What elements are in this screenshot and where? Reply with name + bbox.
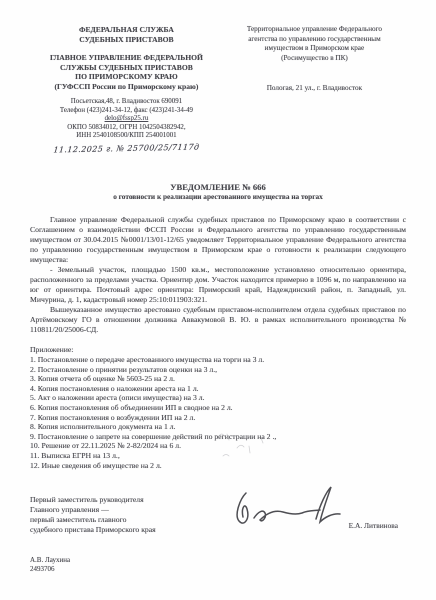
recipient-name-line: имуществом в Приморском крае	[223, 44, 406, 54]
body-text: Главное управление Федеральной службы су…	[30, 215, 406, 335]
sender-email-line: delo@fssp25.ru	[30, 115, 223, 124]
signatory-position-line: судебного пристава Приморского края	[30, 525, 210, 535]
attachment-item: 5. Акт о наложении ареста (описи имущест…	[30, 393, 406, 403]
sender-inn-kpp: ИНН 2540108500/КПП 254001001	[30, 132, 223, 141]
body-paragraph: Вышеуказанное имущество арестовано судеб…	[30, 305, 406, 335]
recipient-address: Пологая, 21 ул., г. Владивосток	[223, 84, 406, 92]
executor-block: А.В. Лаухина 2493706	[30, 556, 70, 574]
signature-block: Первый заместитель руководителя Главного…	[30, 495, 406, 553]
signature-scribble	[230, 483, 352, 546]
signatory-position: Первый заместитель руководителя Главного…	[30, 495, 210, 535]
scanned-notification-document: ФЕДЕРАЛЬНАЯ СЛУЖБА СУДЕБНЫХ ПРИСТАВОВ ГЛ…	[0, 0, 436, 600]
attachment-item: 7. Копия постановления о возбуждении ИП …	[30, 413, 406, 423]
attachment-item: 6. Копия постановления об объединении ИП…	[30, 403, 406, 413]
title-block: УВЕДОМЛЕНИЕ № 666 о готовности к реализа…	[30, 182, 406, 202]
attachment-item: 1. Постановление о передаче арестованног…	[30, 355, 406, 365]
body-paragraph: - Земельный участок, площадью 1500 кв.м.…	[30, 265, 406, 305]
sender-address: Посьетская,48, г. Владивосток 690091	[30, 98, 223, 107]
sender-contacts-block: Посьетская,48, г. Владивосток 690091 Тел…	[30, 98, 223, 141]
executor-name: А.В. Лаухина	[30, 556, 70, 565]
sender-phone: Телефон (423)241-34-12, факс (423)241-34…	[30, 107, 223, 116]
signatory-position-line: Главного управления —	[30, 505, 210, 515]
sender-office-block: ГЛАВНОЕ УПРАВЛЕНИЕ ФЕДЕРАЛЬНОЙ СЛУЖБЫ СУ…	[30, 53, 223, 91]
notification-subtitle: о готовности к реализации арестованного …	[30, 192, 406, 202]
sender-agency-line: ФЕДЕРАЛЬНАЯ СЛУЖБА	[30, 25, 223, 35]
sender-office-line: ГЛАВНОЕ УПРАВЛЕНИЕ ФЕДЕРАЛЬНОЙ	[30, 53, 223, 63]
handwritten-date-number: 11.12.2025 г. № 25700/25/7117д	[30, 142, 224, 155]
attachment-item: 4. Копия постановления о наложении арест…	[30, 384, 406, 394]
recipient-name-line: Территориальное управление Федерального	[223, 25, 406, 35]
sender-block: ФЕДЕРАЛЬНАЯ СЛУЖБА СУДЕБНЫХ ПРИСТАВОВ ГЛ…	[30, 25, 223, 153]
attachment-item: 2. Постановление о принятии результатов …	[30, 365, 406, 375]
attachments-label: Приложение:	[30, 345, 406, 355]
sender-okpo-ogrn: ОКПО 50834012, ОГРН 1042504382942,	[30, 124, 223, 133]
body-paragraph: Главное управление Федеральной службы су…	[30, 215, 406, 265]
recipient-block: Территориальное управление Федерального …	[223, 25, 406, 92]
attachment-item: 3. Копия отчета об оценке № 5603-25 на 2…	[30, 374, 406, 384]
sender-agency-line: СУДЕБНЫХ ПРИСТАВОВ	[30, 35, 223, 45]
executor-phone: 2493706	[30, 565, 70, 574]
recipient-name-line: (Росимущество в ПК)	[223, 54, 406, 64]
signatory-position-line: Первый заместитель руководителя	[30, 495, 210, 505]
recipient-name-line: агентства по управлению государственным	[223, 35, 406, 45]
pencil-note-marks	[213, 428, 283, 469]
signatory-position-line: первый заместитель главного	[30, 515, 210, 525]
notification-title: УВЕДОМЛЕНИЕ № 666	[30, 182, 406, 192]
sender-office-line: ПО ПРИМОРСКОМУ КРАЮ	[30, 72, 223, 82]
sender-office-line: (ГУФССП России по Приморскому краю)	[30, 82, 223, 92]
sender-office-line: СЛУЖБЫ СУДЕБНЫХ ПРИСТАВОВ	[30, 63, 223, 73]
signatory-name: Е.А. Литвинова	[349, 521, 398, 530]
letterhead: ФЕДЕРАЛЬНАЯ СЛУЖБА СУДЕБНЫХ ПРИСТАВОВ ГЛ…	[30, 25, 406, 153]
sender-email: delo@fssp25.ru	[105, 115, 149, 122]
